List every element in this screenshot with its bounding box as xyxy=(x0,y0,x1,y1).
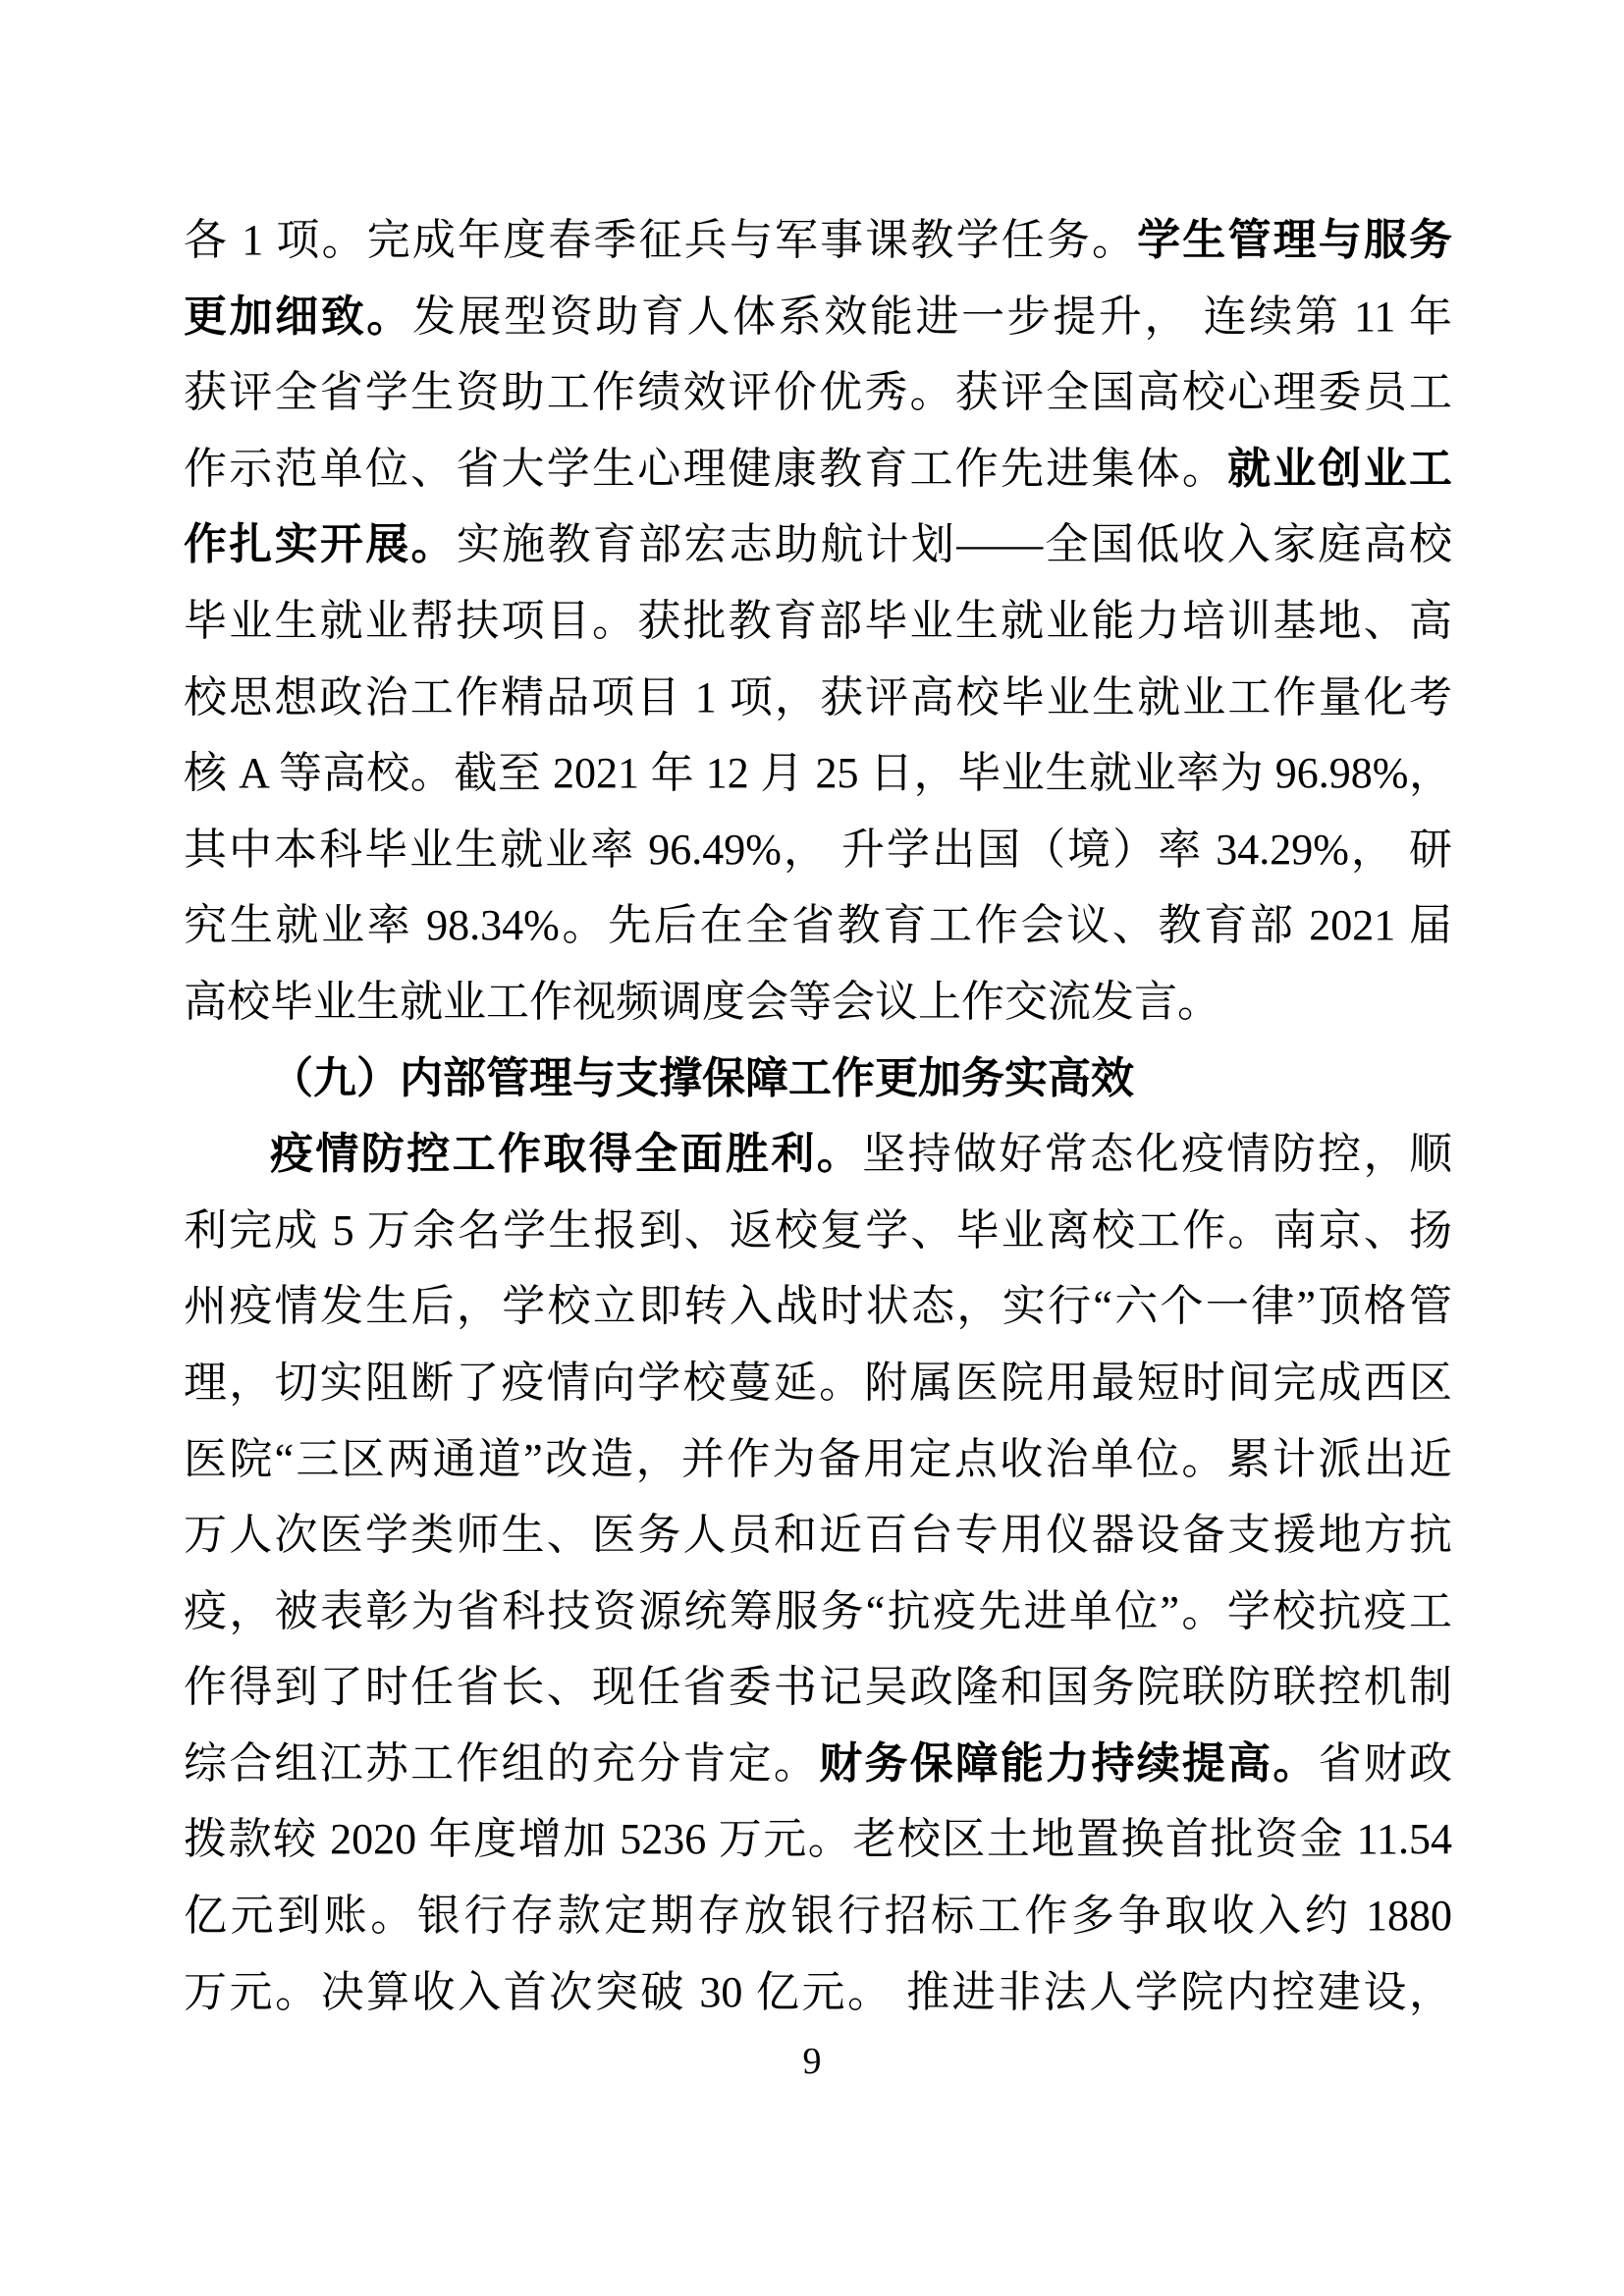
page-number: 9 xyxy=(0,2040,1624,2083)
text-segment: 利完成 5 万余名学生报到、返校复学、毕业离校工作。南京、扬 xyxy=(184,1206,1452,1255)
text-segment: 拨款较 2020 年度增加 5236 万元。老校区土地置换首批资金 11.54 xyxy=(184,1815,1452,1863)
text-line: （九）内部管理与支撑保障工作更加务实高效 xyxy=(184,1041,1452,1117)
text-line: 综合组江苏工作组的充分肯定。财务保障能力持续提高。省财政 xyxy=(184,1726,1452,1802)
text-line: 各 1 项。完成年度春季征兵与军事课教学任务。学生管理与服务 xyxy=(184,202,1452,279)
text-line: 万人次医学类师生、医务人员和近百台专用仪器设备支援地方抗 xyxy=(184,1497,1452,1574)
text-line: 高校毕业生就业工作视频调度会等会议上作交流发言。 xyxy=(184,964,1452,1041)
bold-text-segment: 学生管理与服务 xyxy=(1137,216,1452,264)
text-line: 毕业生就业帮扶项目。获批教育部毕业生就业能力培训基地、高 xyxy=(184,583,1452,660)
text-segment: 实施教育部宏志助航计划——全国低收入家庭高校 xyxy=(457,520,1452,568)
text-line: 理，切实阻断了疫情向学校蔓延。附属医院用最短时间完成西区 xyxy=(184,1345,1452,1421)
text-line: 作扎实开展。实施教育部宏志助航计划——全国低收入家庭高校 xyxy=(184,507,1452,583)
bold-text-segment: 财务保障能力持续提高。 xyxy=(819,1739,1318,1788)
bold-text-segment: （九）内部管理与支撑保障工作更加务实高效 xyxy=(270,1054,1134,1102)
text-segment: 究生就业率 98.34%。先后在全省教育工作会议、教育部 2021 届 xyxy=(184,901,1452,949)
text-line: 校思想政治工作精品项目 1 项，获评高校毕业生就业工作量化考 xyxy=(184,660,1452,736)
text-segment: 发展型资助育人体系效能进一步提升， 连续第 11 年 xyxy=(412,293,1452,341)
text-line: 核 A 等高校。截至 2021 年 12 月 25 日，毕业生就业率为 96.9… xyxy=(184,735,1452,812)
document-body-text: 各 1 项。完成年度春季征兵与军事课教学任务。学生管理与服务更加细致。发展型资助… xyxy=(184,202,1452,2030)
text-segment: 坚持做好常态化疫情防控，顺 xyxy=(862,1130,1452,1178)
text-line: 究生就业率 98.34%。先后在全省教育工作会议、教育部 2021 届 xyxy=(184,887,1452,964)
text-segment: 亿元到账。银行存款定期存放银行招标工作多争取收入约 1880 xyxy=(184,1892,1452,1940)
text-line: 作示范单位、省大学生心理健康教育工作先进集体。就业创业工 xyxy=(184,431,1452,507)
text-line: 医院“三区两通道”改造，并作为备用定点收治单位。累计派出近 xyxy=(184,1421,1452,1498)
text-segment: 州疫情发生后，学校立即转入战时状态，实行“六个一律”顶格管 xyxy=(184,1282,1452,1330)
bold-text-segment: 就业创业工 xyxy=(1227,445,1452,493)
bold-text-segment: 作扎实开展。 xyxy=(184,520,457,568)
text-segment: 万元。决算收入首次突破 30 亿元。 推进非法人学院内控建设， xyxy=(184,1968,1452,2016)
text-segment: 其中本科毕业生就业率 96.49%， 升学出国（境）率 34.29%， 研 xyxy=(184,826,1452,874)
text-segment: 获评全省学生资助工作绩效评价优秀。获评全国高校心理委员工 xyxy=(184,368,1452,416)
text-line: 获评全省学生资助工作绩效评价优秀。获评全国高校心理委员工 xyxy=(184,354,1452,431)
text-segment: 校思想政治工作精品项目 1 项，获评高校毕业生就业工作量化考 xyxy=(184,673,1452,721)
text-segment: 毕业生就业帮扶项目。获批教育部毕业生就业能力培训基地、高 xyxy=(184,597,1452,645)
text-line: 更加细致。发展型资助育人体系效能进一步提升， 连续第 11 年 xyxy=(184,279,1452,355)
text-segment: 理，切实阻断了疫情向学校蔓延。附属医院用最短时间完成西区 xyxy=(184,1359,1452,1407)
text-line: 疫情防控工作取得全面胜利。坚持做好常态化疫情防控，顺 xyxy=(184,1116,1452,1193)
text-segment: 省财政 xyxy=(1319,1739,1452,1788)
text-segment: 高校毕业生就业工作视频调度会等会议上作交流发言。 xyxy=(184,978,1220,1026)
text-line: 万元。决算收入首次突破 30 亿元。 推进非法人学院内控建设， xyxy=(184,1954,1452,2031)
bold-text-segment: 更加细致。 xyxy=(184,293,412,341)
text-line: 州疫情发生后，学校立即转入战时状态，实行“六个一律”顶格管 xyxy=(184,1268,1452,1345)
text-line: 利完成 5 万余名学生报到、返校复学、毕业离校工作。南京、扬 xyxy=(184,1193,1452,1269)
text-segment: 医院“三区两通道”改造，并作为备用定点收治单位。累计派出近 xyxy=(184,1435,1452,1483)
document-page: 各 1 项。完成年度春季征兵与军事课教学任务。学生管理与服务更加细致。发展型资助… xyxy=(0,0,1624,2296)
text-line: 拨款较 2020 年度增加 5236 万元。老校区土地置换首批资金 11.54 xyxy=(184,1801,1452,1878)
bold-text-segment: 疫情防控工作取得全面胜利。 xyxy=(270,1130,862,1178)
text-line: 作得到了时任省长、现任省委书记吴政隆和国务院联防联控机制 xyxy=(184,1649,1452,1726)
text-segment: 各 1 项。完成年度春季征兵与军事课教学任务。 xyxy=(184,216,1137,264)
text-segment: 万人次医学类师生、医务人员和近百台专用仪器设备支援地方抗 xyxy=(184,1511,1452,1559)
text-segment: 核 A 等高校。截至 2021 年 12 月 25 日，毕业生就业率为 96.9… xyxy=(184,749,1452,797)
text-segment: 综合组江苏工作组的充分肯定。 xyxy=(184,1739,819,1788)
text-line: 疫，被表彰为省科技资源统筹服务“抗疫先进单位”。学校抗疫工 xyxy=(184,1574,1452,1650)
text-line: 其中本科毕业生就业率 96.49%， 升学出国（境）率 34.29%， 研 xyxy=(184,812,1452,888)
text-segment: 作示范单位、省大学生心理健康教育工作先进集体。 xyxy=(184,445,1227,493)
text-segment: 作得到了时任省长、现任省委书记吴政隆和国务院联防联控机制 xyxy=(184,1663,1452,1711)
text-line: 亿元到账。银行存款定期存放银行招标工作多争取收入约 1880 xyxy=(184,1878,1452,1954)
text-segment: 疫，被表彰为省科技资源统筹服务“抗疫先进单位”。学校抗疫工 xyxy=(184,1587,1452,1635)
